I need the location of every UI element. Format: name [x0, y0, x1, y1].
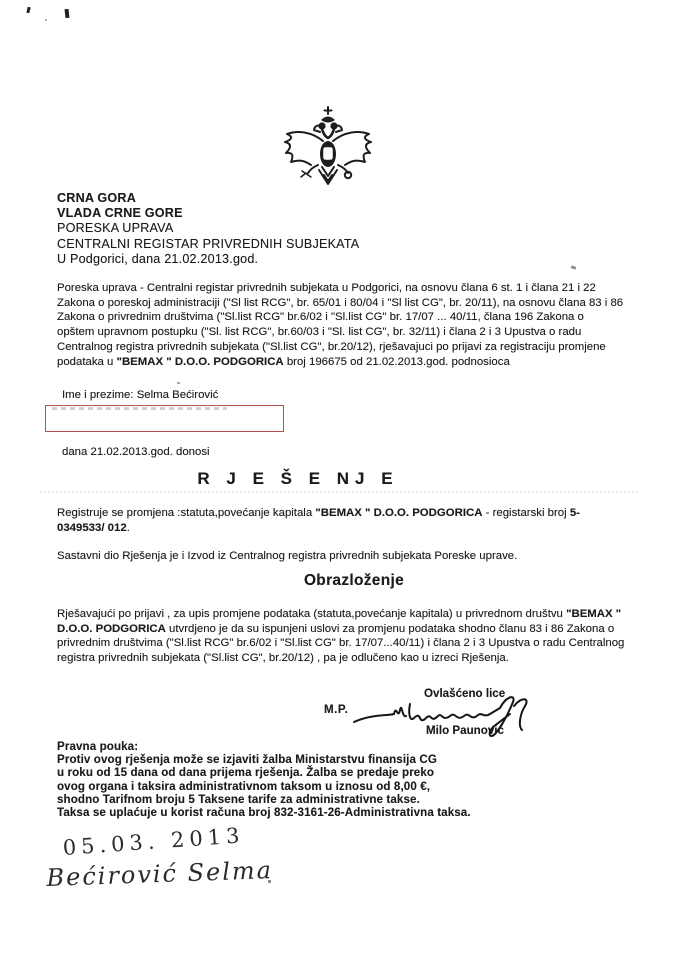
country-name: CRNA GORA [57, 191, 359, 206]
scanned-document-page: CRNA GORA VLADA CRNE GORE PORESKA UPRAVA… [0, 0, 679, 960]
montenegro-coat-of-arms-icon [278, 104, 378, 190]
applicant-name-line: Ime i prezime: Selma Bećirović [62, 388, 218, 403]
decision-text-before: Registruje se promjena :statuta,povećanj… [57, 507, 315, 519]
legal-notice: Pravna pouka: Protiv ovog rješenja može … [57, 740, 471, 819]
legal-line: u roku od 15 dana od dana prijema rješen… [57, 766, 471, 779]
decision-text-middle: - registarski broj [482, 507, 569, 519]
decision-text-after: . [127, 522, 130, 534]
company-name: "BEMAX " D.O.O. PODGORICA [315, 507, 482, 519]
legal-line: Pravna pouka: [57, 740, 471, 753]
handwritten-date: 05.03. 2013 [62, 823, 245, 860]
legal-line: Protiv ovog rješenja može se izjaviti ža… [57, 753, 471, 766]
intro-text-after: broj 196675 od 21.02.2013.god. podnosioc… [284, 356, 510, 368]
company-name: "BEMAX " D.O.O. PODGORICA [117, 356, 284, 368]
redaction-box [45, 405, 284, 432]
scan-artifact [26, 7, 30, 14]
divider-dotted [40, 491, 638, 493]
explanation-paragraph: Rješavajući po prijavi , za upis promjen… [57, 607, 634, 666]
stamp-placeholder: M.P. [324, 703, 348, 716]
attachment-note: Sastavni dio Rješenja je i Izvod iz Cent… [57, 549, 627, 564]
issue-date-line: dana 21.02.2013.god. donosi [62, 445, 210, 460]
scan-artifact [177, 382, 180, 384]
scan-artifact [45, 19, 47, 21]
letterhead: CRNA GORA VLADA CRNE GORE PORESKA UPRAVA… [57, 191, 359, 267]
decision-title: R J E Š E NJ E [108, 469, 488, 489]
legal-line: shodno Tarifnom broju 5 Taksene tarife z… [57, 793, 471, 806]
redacted-text-remnant [52, 407, 227, 410]
explanation-title: Obrazloženje [204, 572, 504, 590]
intro-paragraph: Poreska uprava - Centralni registar priv… [57, 281, 624, 369]
scan-artifact [65, 9, 70, 18]
place-date-line: U Podgorici, dana 21.02.2013.god. [57, 252, 359, 267]
legal-line: ovog organa i taksira administrativnom t… [57, 780, 471, 793]
government-name: VLADA CRNE GORE [57, 206, 359, 221]
handwritten-name-signature: Bećirović Selma [46, 856, 273, 892]
scan-artifact [571, 265, 577, 270]
legal-line: Taksa se uplaćuje u korist računa broj 8… [57, 806, 471, 819]
registry-name: CENTRALNI REGISTAR PRIVREDNIH SUBJEKATA [57, 237, 359, 252]
scan-artifact [268, 880, 271, 883]
signer-name: Milo Paunović [426, 724, 504, 737]
explanation-text-before: Rješavajući po prijavi , za upis promjen… [57, 608, 566, 620]
decision-paragraph: Registruje se promjena :statuta,povećanj… [57, 506, 627, 535]
authority-name: PORESKA UPRAVA [57, 221, 359, 236]
